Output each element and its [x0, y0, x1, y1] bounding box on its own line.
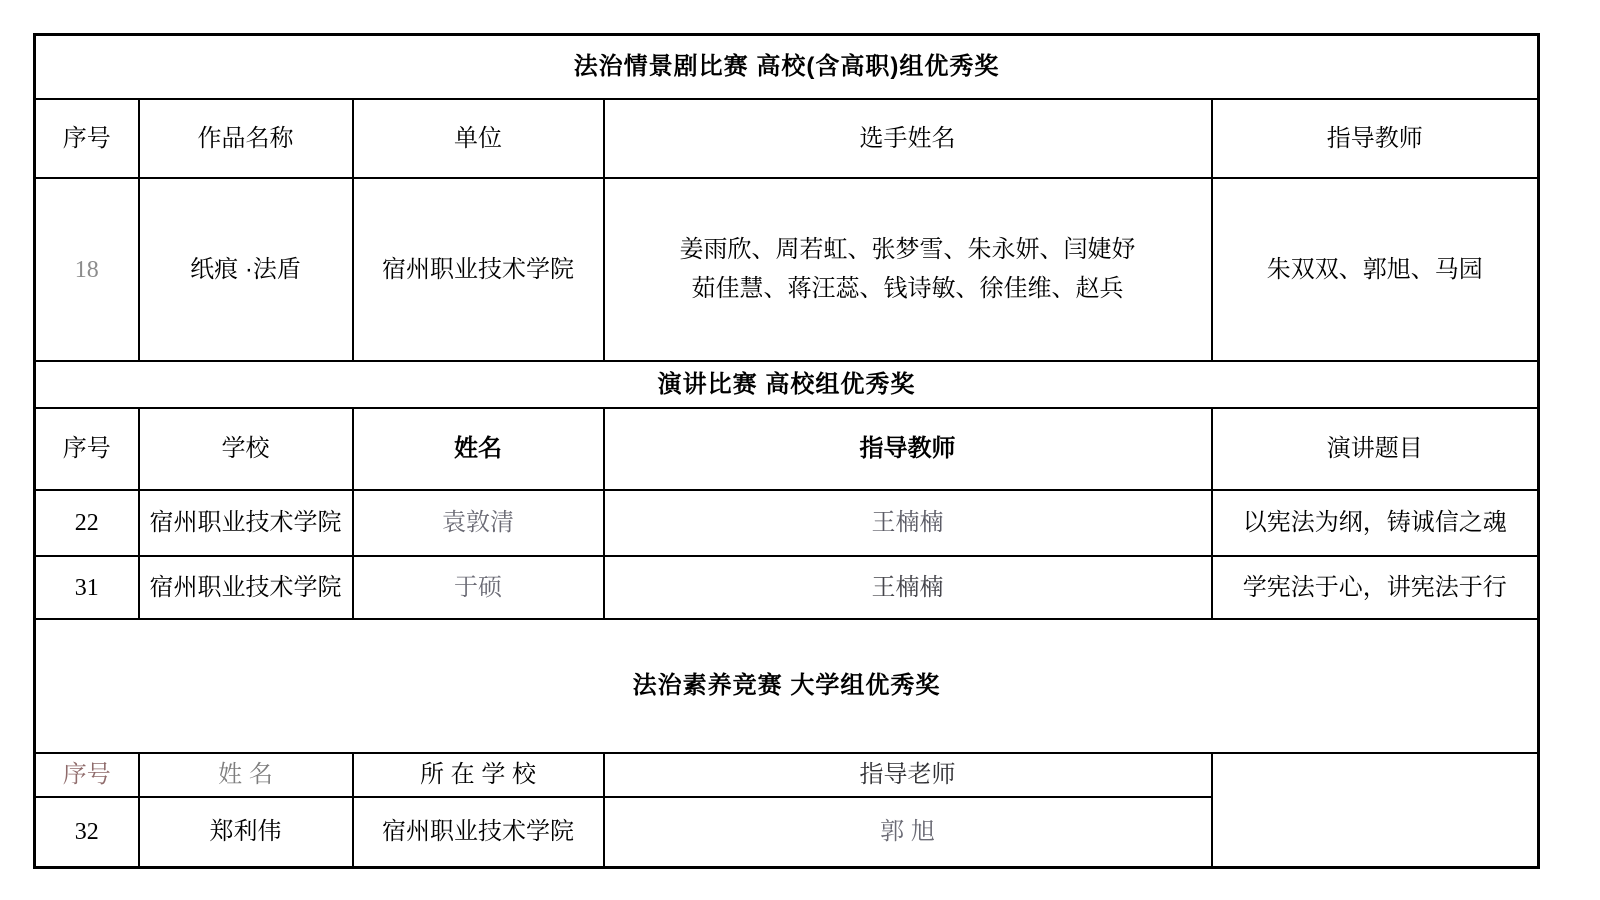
cell-row31-name: 于硕: [353, 556, 604, 619]
cell-row18-advisors: 朱双双、郭旭、马园: [1212, 178, 1539, 361]
cell-row22-name: 袁敦清: [353, 490, 604, 556]
cell-row31-topic: 学宪法于心，讲宪法于行: [1212, 556, 1539, 619]
section3-empty-cell: [1212, 753, 1539, 868]
section3-header-advisor: 指导老师: [604, 753, 1212, 797]
cell-row22-advisor: 王楠楠: [604, 490, 1212, 556]
section1-title: 法治情景剧比赛 高校(含高职)组优秀奖: [35, 35, 1539, 100]
section2-row-22: 22 宿州职业技术学院 袁敦清 王楠楠 以宪法为纲，铸诚信之魂: [35, 490, 1539, 556]
contestants-line2: 茹佳慧、蒋汪蕊、钱诗敏、徐佳维、赵兵: [611, 270, 1205, 308]
cell-row18-no: 18: [35, 178, 139, 361]
section2-header-school: 学校: [139, 408, 353, 490]
section1-header-advisors: 指导教师: [1212, 99, 1539, 178]
cell-row22-no: 22: [35, 490, 139, 556]
section2-header-name: 姓名: [353, 408, 604, 490]
section2-header-no: 序号: [35, 408, 139, 490]
cell-row31-no: 31: [35, 556, 139, 619]
section1-header-no: 序号: [35, 99, 139, 178]
cell-row31-school: 宿州职业技术学院: [139, 556, 353, 619]
section1-header-contestants: 选手姓名: [604, 99, 1212, 178]
cell-row18-contestants: 姜雨欣、周若虹、张梦雪、朱永妍、闫婕妤 茹佳慧、蒋汪蕊、钱诗敏、徐佳维、赵兵: [604, 178, 1212, 361]
section1-header-work: 作品名称: [139, 99, 353, 178]
section1-header-row: 序号 作品名称 单位 选手姓名 指导教师: [35, 99, 1539, 178]
section3-header-row: 序号 姓 名 所 在 学 校 指导老师: [35, 753, 1539, 797]
section1-header-unit: 单位: [353, 99, 604, 178]
section2-row-31: 31 宿州职业技术学院 于硕 王楠楠 学宪法于心，讲宪法于行: [35, 556, 1539, 619]
section1-data-row: 18 纸痕 ·法盾 宿州职业技术学院 姜雨欣、周若虹、张梦雪、朱永妍、闫婕妤 茹…: [35, 178, 1539, 361]
cell-row32-no: 32: [35, 797, 139, 868]
section3-header-name: 姓 名: [139, 753, 353, 797]
cell-row32-name: 郑利伟: [139, 797, 353, 868]
section2-title: 演讲比赛 高校组优秀奖: [35, 361, 1539, 408]
cell-row22-school: 宿州职业技术学院: [139, 490, 353, 556]
section2-header-topic: 演讲题目: [1212, 408, 1539, 490]
cell-row32-advisor: 郭 旭: [604, 797, 1212, 868]
section3-title: 法治素养竞赛 大学组优秀奖: [35, 619, 1539, 753]
section2-header-row: 序号 学校 姓名 指导教师 演讲题目: [35, 408, 1539, 490]
section3-header-no: 序号: [35, 753, 139, 797]
cell-row31-advisor: 王楠楠: [604, 556, 1212, 619]
cell-row32-school: 宿州职业技术学院: [353, 797, 604, 868]
awards-table: 法治情景剧比赛 高校(含高职)组优秀奖 序号 作品名称 单位 选手姓名 指导教师…: [33, 33, 1540, 869]
section3-header-school: 所 在 学 校: [353, 753, 604, 797]
cell-row18-work: 纸痕 ·法盾: [139, 178, 353, 361]
cell-row18-unit: 宿州职业技术学院: [353, 178, 604, 361]
cell-row22-topic: 以宪法为纲，铸诚信之魂: [1212, 490, 1539, 556]
section2-header-advisor: 指导教师: [604, 408, 1212, 490]
awards-document: 法治情景剧比赛 高校(含高职)组优秀奖 序号 作品名称 单位 选手姓名 指导教师…: [33, 33, 1540, 869]
contestants-line1: 姜雨欣、周若虹、张梦雪、朱永妍、闫婕妤: [611, 231, 1205, 269]
